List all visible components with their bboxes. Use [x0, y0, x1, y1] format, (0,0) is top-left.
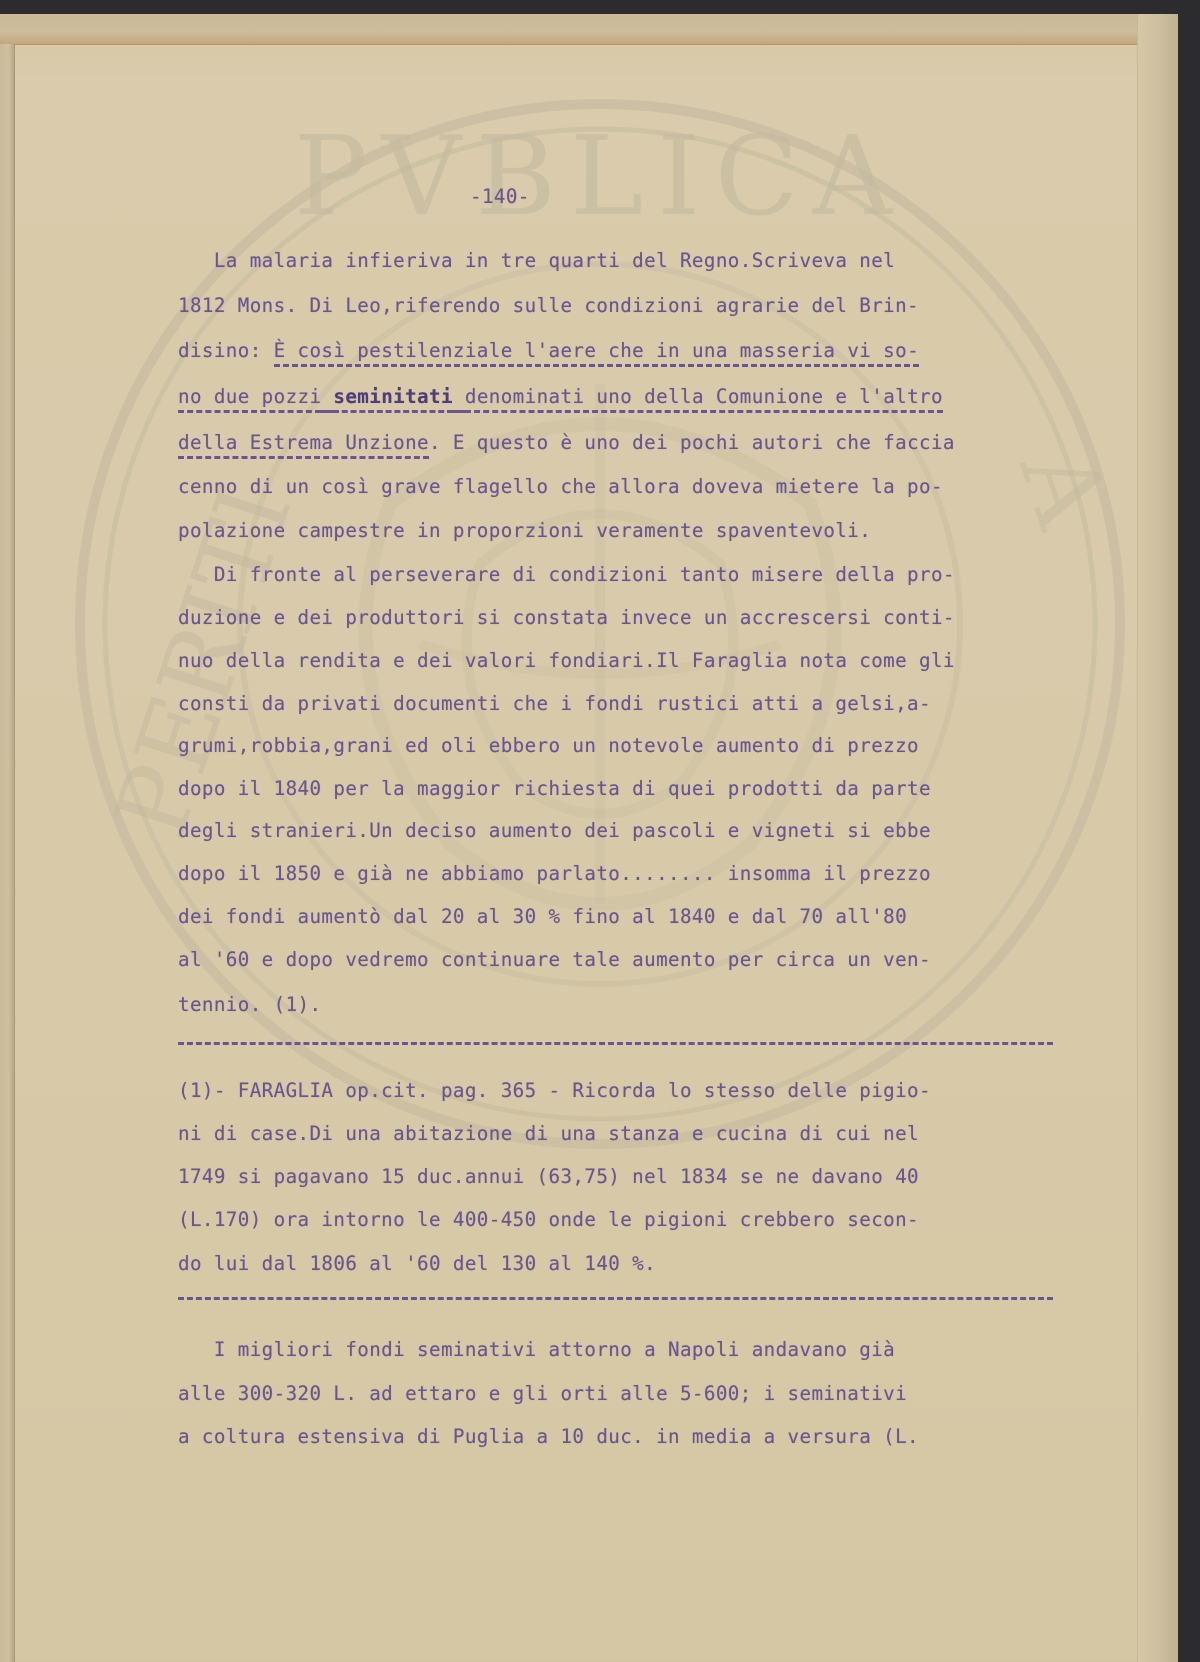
body-line: cenno di un così grave flagello che allo…	[178, 476, 943, 498]
body-line: dei fondi aumentò dal 20 al 30 % fino al…	[178, 906, 907, 928]
footnote-separator	[178, 1042, 1053, 1045]
body-line: 1812 Mons. Di Leo,riferendo sulle condiz…	[178, 295, 919, 317]
struck-out-word: seminitati	[333, 385, 453, 413]
body-line: della Estrema Unzione. E questo è uno de…	[178, 432, 955, 454]
body-line: nuo della rendita e dei valori fondiari.…	[178, 650, 955, 672]
body-line: I migliori fondi seminativi attorno a Na…	[178, 1339, 895, 1361]
footnote-line: do lui dal 1806 al '60 del 130 al 140 %.	[178, 1253, 656, 1275]
footnote-line: ni di case.Di una abitazione di una stan…	[178, 1123, 919, 1145]
scanned-document: PVBLICA PERITI A -140- La malaria infier…	[0, 0, 1200, 1662]
body-line: polazione campestre in proporzioni veram…	[178, 520, 871, 542]
page-number: -140-	[470, 186, 530, 208]
footnote-line: (1)- FARAGLIA op.cit. pag. 365 - Ricorda…	[178, 1080, 931, 1102]
footnote-line: (L.170) ora intorno le 400-450 onde le p…	[178, 1209, 919, 1231]
body-line: alle 300-320 L. ad ettaro e gli orti all…	[178, 1383, 907, 1405]
body-line: tennio. (1).	[178, 994, 321, 1016]
body-line: grumi,robbia,grani ed oli ebbero un note…	[178, 735, 919, 757]
body-line: consti da privati documenti che i fondi …	[178, 693, 931, 715]
underlined-quote: no due pozzi	[178, 385, 321, 413]
footnote-line: 1749 si pagavano 15 duc.annui (63,75) ne…	[178, 1166, 919, 1188]
body-line: duzione e dei produttori si constata inv…	[178, 607, 955, 629]
body-text: disino:	[178, 339, 274, 362]
body-text: . E questo è uno dei pochi autori che fa…	[429, 431, 955, 454]
body-line: Di fronte al perseverare di condizioni t…	[178, 564, 955, 586]
underlined-quote: È così pestilenziale l'aere che in una m…	[274, 339, 919, 367]
body-line: a coltura estensiva di Puglia a 10 duc. …	[178, 1426, 919, 1448]
body-line: al '60 e dopo vedremo continuare tale au…	[178, 949, 931, 971]
underlined-quote: della Estrema Unzione	[178, 431, 429, 459]
body-line: degli stranieri.Un deciso aumento dei pa…	[178, 820, 931, 842]
body-line: dopo il 1840 per la maggior richiesta di…	[178, 778, 931, 800]
typewritten-page: PVBLICA PERITI A -140- La malaria infier…	[0, 14, 1178, 1662]
text-content: -140- La malaria infieriva in tre quarti…	[0, 14, 1178, 1662]
body-line: no due pozzi seminitati denominati uno d…	[178, 386, 943, 408]
body-line: La malaria infieriva in tre quarti del R…	[178, 250, 895, 272]
underlined-quote: denominati uno della Comunione e l'altro	[465, 385, 943, 413]
footnote-separator	[178, 1297, 1053, 1300]
body-line: disino: È così pestilenziale l'aere che …	[178, 340, 919, 362]
body-line: dopo il 1850 e già ne abbiamo parlato...…	[178, 863, 931, 885]
